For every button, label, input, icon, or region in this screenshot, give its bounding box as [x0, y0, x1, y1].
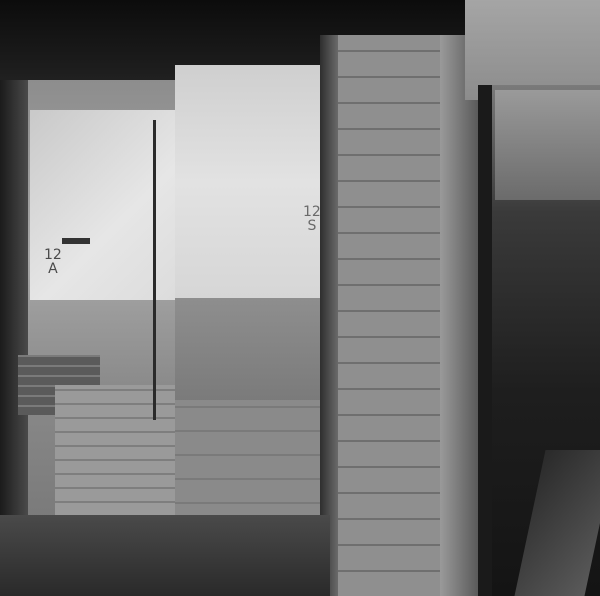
exposed-brick-lower [55, 385, 175, 515]
door-frame [478, 85, 492, 596]
wall-marking-12a: 12 A [44, 248, 62, 276]
wall-marking-12s: 12 S [303, 205, 321, 233]
marking-letter: A [44, 262, 62, 276]
marking-number: 12 [44, 248, 62, 262]
marking-number: 12 [303, 205, 321, 219]
center-wall-upper [175, 65, 325, 300]
photograph: 12 A 12 S [0, 0, 600, 596]
doorway-ceiling [495, 90, 600, 200]
pillar-edge [320, 35, 338, 596]
wall-sign-strip [62, 238, 90, 244]
pillar-right-edge [440, 35, 478, 596]
floor [0, 515, 330, 596]
marking-letter: S [303, 219, 321, 233]
hanging-wire [153, 120, 156, 420]
center-wall-band [175, 298, 320, 403]
wall-shadow [0, 80, 28, 520]
